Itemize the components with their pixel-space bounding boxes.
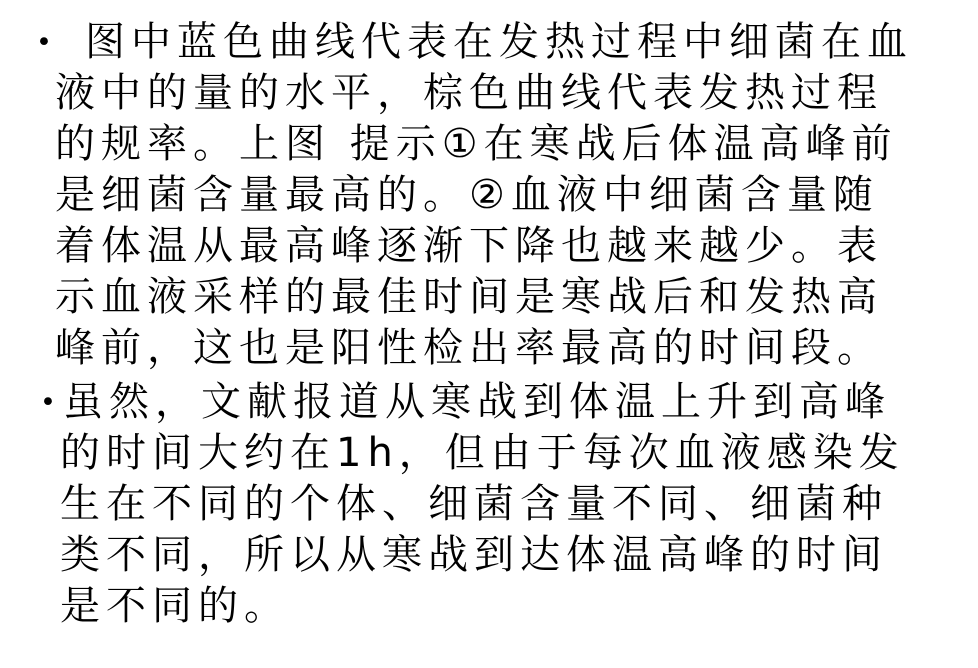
text-line: 的时间大约在1h，但由于每次血液感染发 xyxy=(0,428,978,479)
text-line: 虽然，文献报道从寒战到体温上升到高峰 xyxy=(0,377,978,428)
text-line: 图中蓝色曲线代表在发热过程中细菌在血 xyxy=(0,17,978,68)
text-line: 着体温从最高峰逐渐下降也越来越少。表 xyxy=(0,221,978,272)
slide: • 图中蓝色曲线代表在发热过程中细菌在血 液中的量的水平，棕色曲线代表发热过程 … xyxy=(0,0,978,668)
text-line: 示血液采样的最佳时间是寒战后和发热高 xyxy=(0,272,978,323)
text-line: 峰前，这也是阳性检出率最高的时间段。 xyxy=(0,323,978,374)
bullet-paragraph-2: • 虽然，文献报道从寒战到体温上升到高峰 的时间大约在1h，但由于每次血液感染发… xyxy=(0,377,978,632)
bullet-paragraph-1: • 图中蓝色曲线代表在发热过程中细菌在血 液中的量的水平，棕色曲线代表发热过程 … xyxy=(0,17,978,374)
text-line: 液中的量的水平，棕色曲线代表发热过程 xyxy=(0,68,978,119)
bullet-icon: • xyxy=(36,17,52,68)
text-line: 是细菌含量最高的。②血液中细菌含量随 xyxy=(0,170,978,221)
text-line: 生在不同的个体、细菌含量不同、细菌种 xyxy=(0,479,978,530)
bullet-icon: • xyxy=(40,377,56,428)
text-line: 类不同，所以从寒战到达体温高峰的时间 xyxy=(0,530,978,581)
text-line: 的规率。上图 提示①在寒战后体温高峰前 xyxy=(0,119,978,170)
text-line: 是不同的。 xyxy=(0,581,978,632)
